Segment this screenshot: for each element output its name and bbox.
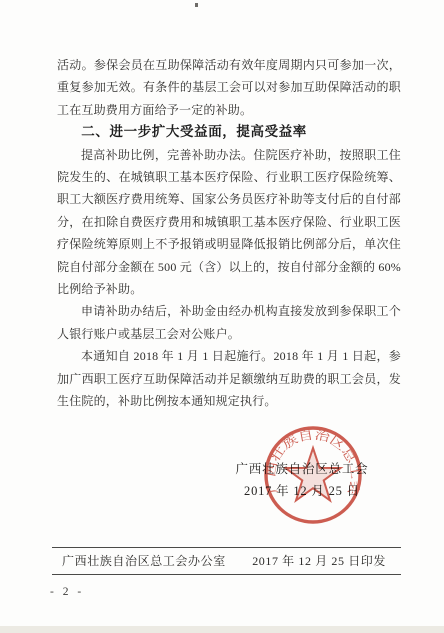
- scan-artifact-speck: [195, 3, 198, 7]
- body-line: 申请补助办结后，补助金由经办机构直接发放到参保职工个: [57, 300, 401, 322]
- footer-issuer: 广西壮族自治区总工会办公室: [62, 551, 226, 571]
- footer-rule-bottom: [52, 574, 401, 575]
- body-line: 院自付部分金额在 500 元（含）以上的，按自付部分金额的 60%: [57, 256, 401, 278]
- colophon: 广西壮族自治区总工会办公室 2017 年 12 月 25 日印发: [62, 551, 386, 571]
- scan-edge-strip: [0, 626, 444, 633]
- body-line: 疗保险统筹原则上不予报销或明显降低报销比例部分后，单次住: [57, 233, 401, 255]
- body-line: 活动。参保会员在互助保障活动有效年度周期内只可参加一次，: [57, 54, 401, 76]
- body-line: 加广西职工医疗互助保障活动并足额缴纳互助费的职工会员，发: [57, 368, 401, 390]
- body-line: 院发生的、在城镇职工基本医疗保险、行业职工医疗保险统筹、: [57, 166, 401, 188]
- page-number: - 2 -: [50, 586, 84, 598]
- document-body: 活动。参保会员在互助保障活动有效年度周期内只可参加一次， 重复参加无效。有条件的…: [57, 54, 401, 413]
- official-seal: 广西壮族自治区总工会: [258, 420, 368, 530]
- body-line: 分，在扣除自费医疗费用和城镇职工基本医疗保险、行业职工医: [57, 211, 401, 233]
- body-line: 人银行账户或基层工会对公账户。: [57, 323, 401, 345]
- body-line: 工在互助费用方面给予一定的补助。: [57, 99, 401, 121]
- footer-rule-top: [52, 547, 401, 548]
- star-icon: [286, 448, 341, 500]
- footer-print-date: 2017 年 12 月 25 日印发: [252, 551, 386, 571]
- body-line: 职工大额医疗费用统筹、国家公务员医疗补助等支付后的自付部: [57, 188, 401, 210]
- body-line: 本通知自 2018 年 1 月 1 日起施行。2018 年 1 月 1 日起，参: [57, 345, 401, 367]
- body-line: 提高补助比例，完善补助办法。住院医疗补助，按照职工住: [57, 144, 401, 166]
- body-line: 重复参加无效。有条件的基层工会可以对参加互助保障活动的职: [57, 76, 401, 98]
- document-page: 活动。参保会员在互助保障活动有效年度周期内只可参加一次， 重复参加无效。有条件的…: [0, 0, 444, 633]
- body-line: 比例给予补助。: [57, 278, 401, 300]
- body-line: 生住院的，补助比例按本通知规定执行。: [57, 390, 401, 412]
- section-heading: 二、进一步扩大受益面，提高受益率: [57, 121, 401, 143]
